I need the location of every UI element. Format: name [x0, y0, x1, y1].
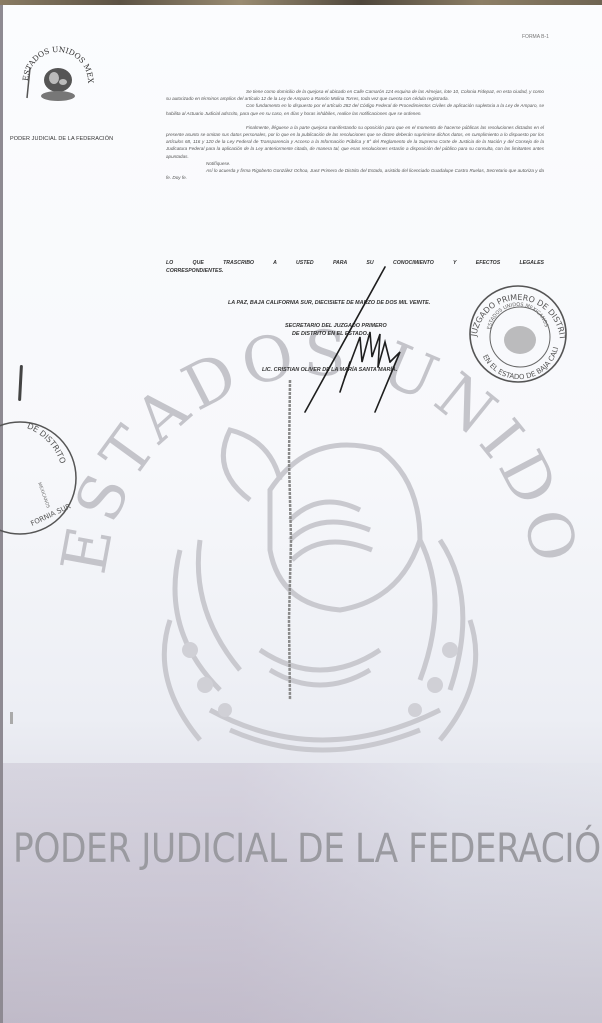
- document-body: Se tiene como domicilio de la quejosa el…: [166, 88, 544, 181]
- fold-smudge-line: [286, 380, 294, 700]
- court-stamp-left-icon: DE DISTRITO FORNIA SUR MEXICANOS: [0, 418, 80, 538]
- handwritten-signature-icon: [290, 262, 420, 422]
- footer-institution-name: PODER JUDICIAL DE LA FEDERACIÓN: [13, 826, 602, 872]
- form-code: FORMA B-1: [522, 34, 549, 40]
- transcription-statement-end: CORRESPONDIENTES.: [166, 268, 223, 274]
- paragraph-finalmente: Finalmente, lléguese a la parte quejosa …: [166, 124, 544, 160]
- institution-name: PODER JUDICIAL DE LA FEDERACIÓN: [10, 136, 113, 142]
- court-stamp-right-icon: JUZGADO PRIMERO DE DISTRITO EN EL ESTADO…: [466, 282, 570, 386]
- paragraph-acuerda: Así lo acuerda y firma Rigoberto Gonzále…: [166, 167, 544, 181]
- paragraph-fundamento: Con fundamento en lo dispuesto por el ar…: [166, 102, 544, 116]
- mexican-coat-of-arms-icon: ESTADOS UNIDOS MEXICANOS: [18, 38, 98, 118]
- svg-text:MEXICANOS: MEXICANOS: [36, 482, 51, 510]
- margin-mark: [10, 712, 13, 724]
- paragraph-notifiquese: Notifíquese.: [166, 160, 544, 167]
- paragraph-domicilio: Se tiene como domicilio de la quejosa el…: [166, 88, 544, 102]
